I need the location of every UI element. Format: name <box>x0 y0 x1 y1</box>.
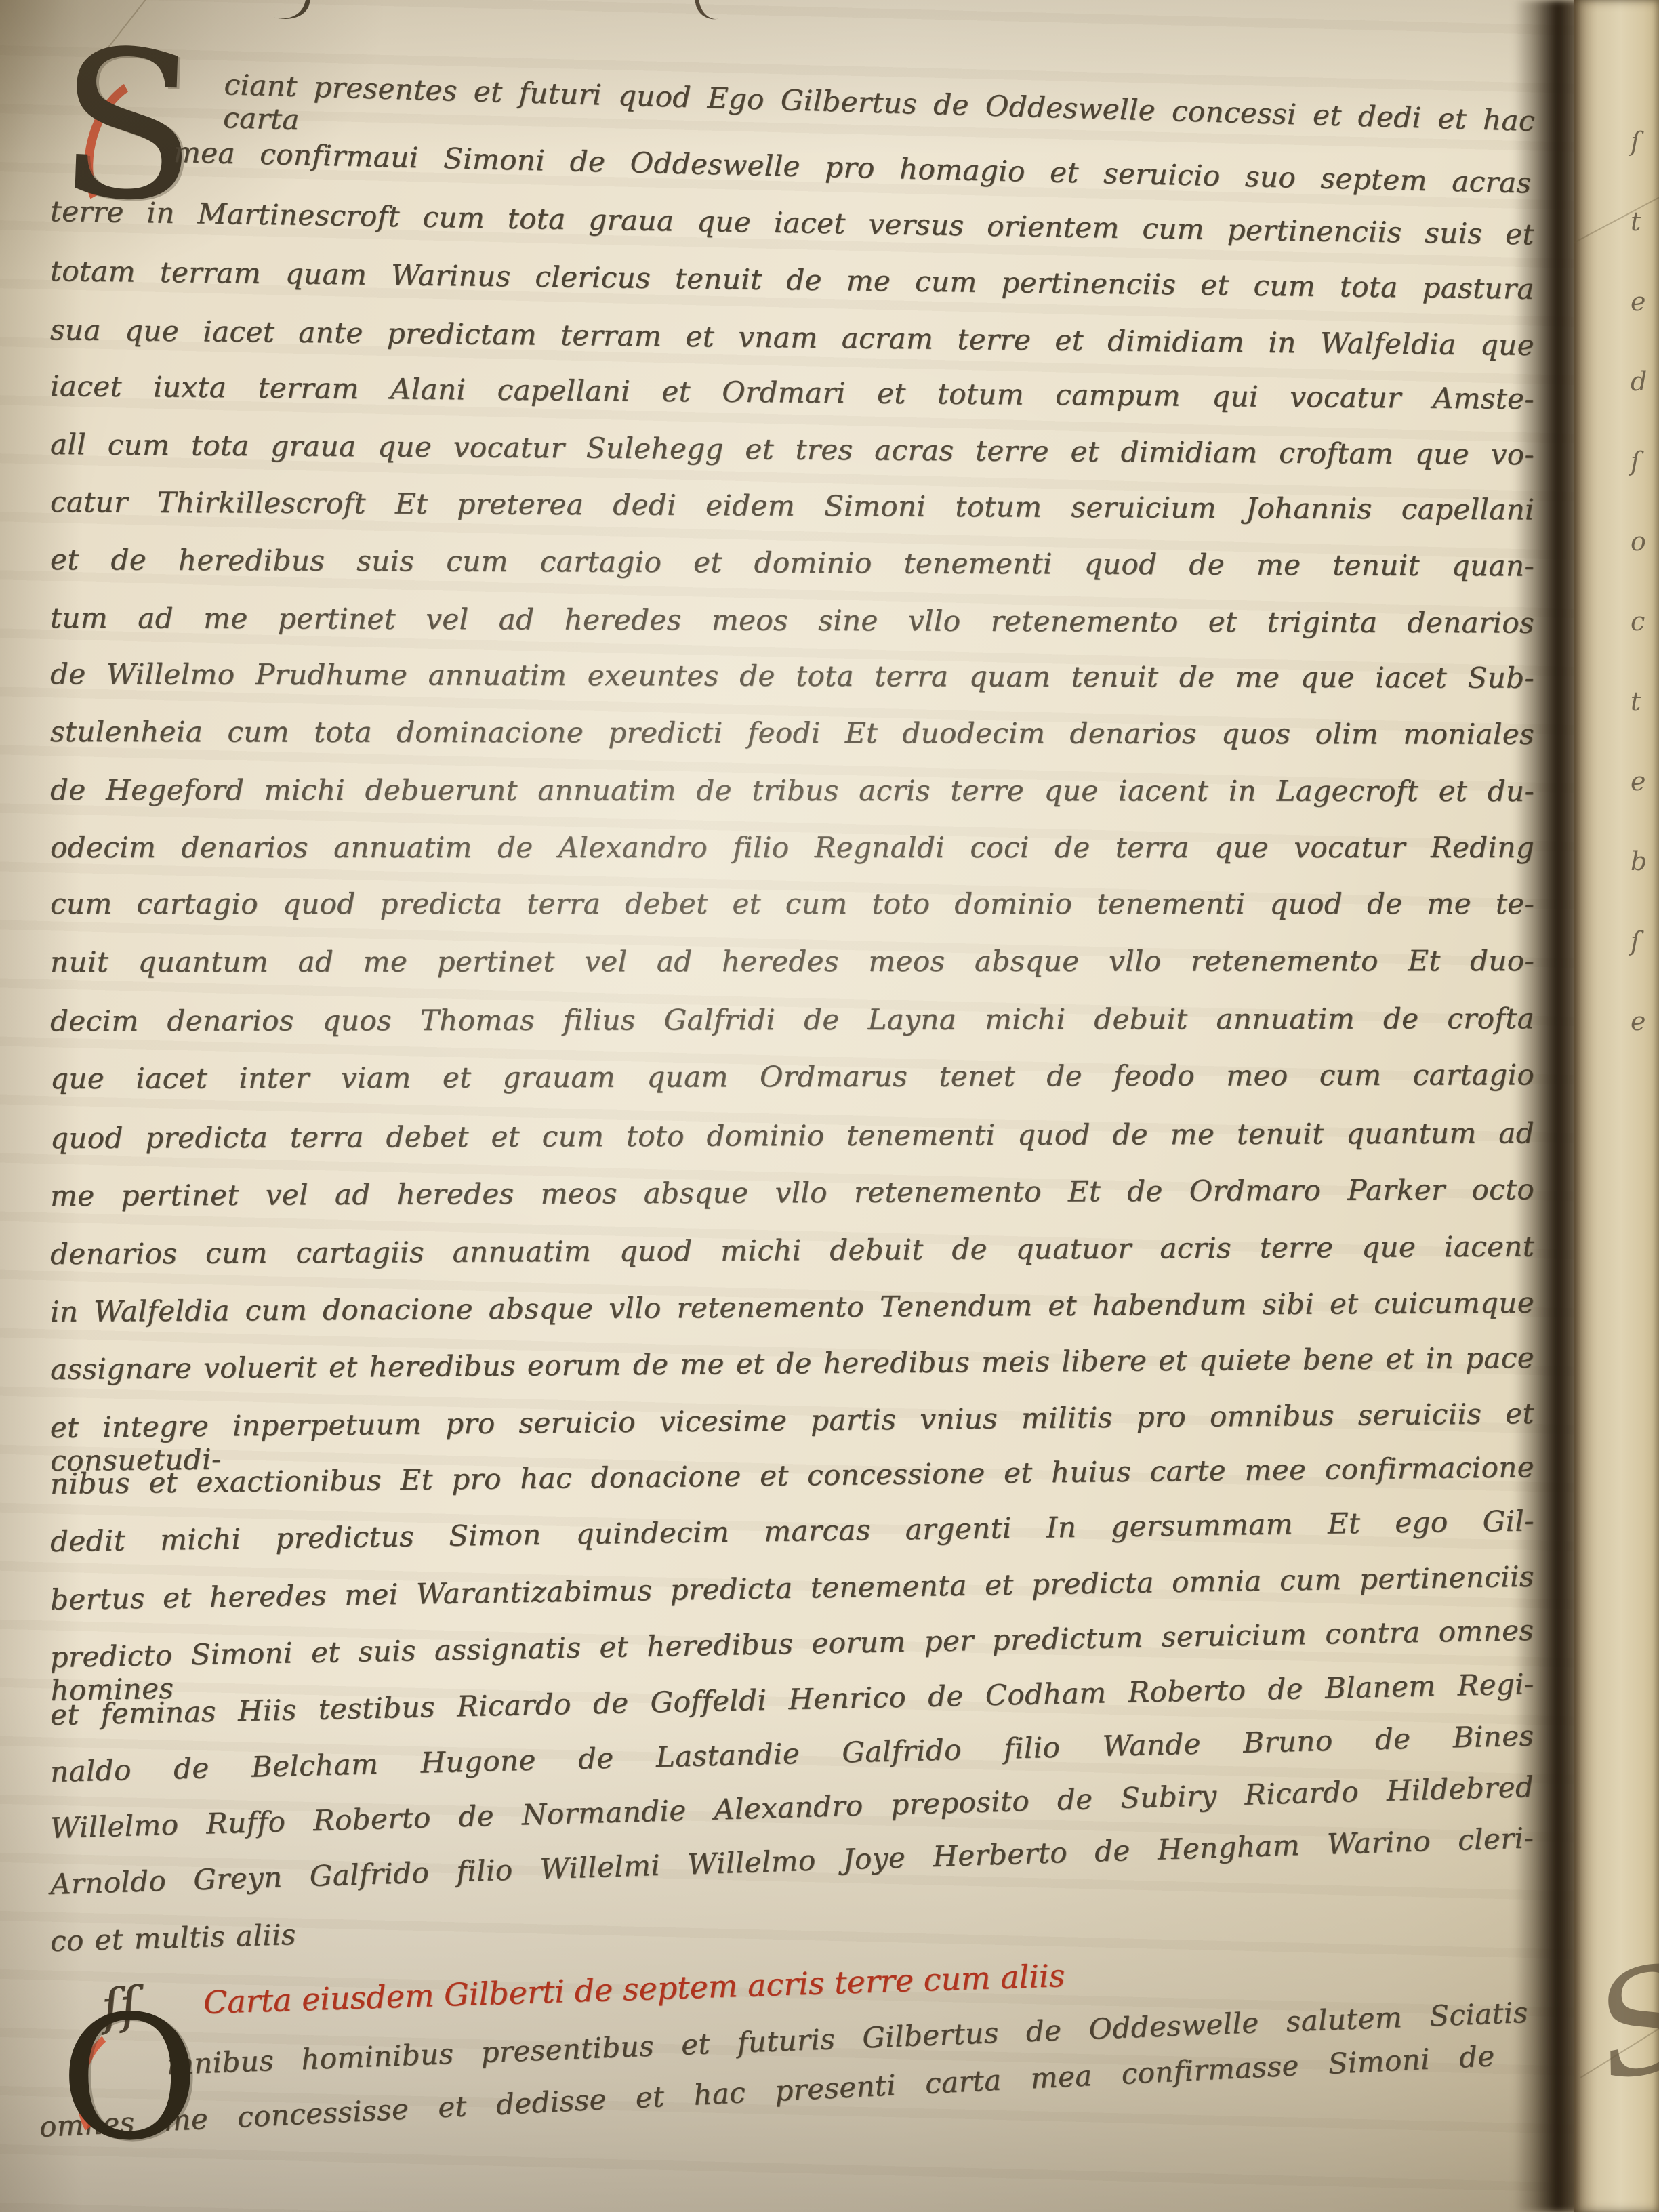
text-line: denarios cum cartagiis annuatim quod mic… <box>50 1230 1534 1271</box>
text-line: odecim denarios annuatim de Alexandro fi… <box>50 831 1534 864</box>
text-line: que iacet inter viam et grauam quam Ordm… <box>50 1058 1534 1095</box>
initial-letter: O <box>60 1998 200 2160</box>
text-line: all cum tota graua que vocatur Sulehegg … <box>50 428 1534 471</box>
text-line: catur Thirkillescroft Et preterea dedi e… <box>50 485 1534 526</box>
text-line: co et multis aliis <box>49 1918 296 1958</box>
text-line: totam terram quam Warinus clericus tenui… <box>50 254 1534 306</box>
text-line: dedit michi predictus Simon quindecim ma… <box>50 1504 1534 1558</box>
manuscript-photo: S ciant presentes et futuri quod Ego Gil… <box>0 0 1659 2212</box>
text-line: cum cartagio quod predicta terra debet e… <box>50 887 1534 920</box>
text-line: de Willelmo Prudhume annuatim exeuntes d… <box>50 657 1534 695</box>
decorated-initial-o: O <box>60 1998 200 2160</box>
cropped-descender-mark <box>694 0 726 23</box>
cropped-descender-mark <box>261 0 312 26</box>
text-line: me pertinet vel ad heredes meos absque v… <box>50 1172 1534 1212</box>
text-line: decim denarios quos Thomas filius Galfri… <box>50 1002 1534 1038</box>
next-folio-edge: ſ t e d ſ o c t e b ſ e S <box>1574 0 1659 2212</box>
text-line: quod predicta terra debet et cum toto do… <box>50 1116 1534 1155</box>
text-line: tum ad me pertinet vel ad heredes meos s… <box>50 601 1534 640</box>
text-line: et de heredibus suis cum cartagio et dom… <box>50 543 1534 583</box>
text-line: bertus et heredes mei Warantizabimus pre… <box>50 1560 1534 1616</box>
text-line: de Hegeford michi debuerunt annuatim de … <box>50 773 1534 808</box>
text-line: assignare voluerit et heredibus eorum de… <box>50 1341 1534 1386</box>
text-line: stulenheia cum tota dominacione predicti… <box>50 715 1534 751</box>
text-line: terre in Martinescroft cum tota graua qu… <box>50 194 1534 251</box>
text-line: nuit quantum ad me pertinet vel ad hered… <box>50 944 1534 979</box>
margin-squiggle-mark: S <box>1583 1943 1659 2102</box>
text-line: iacet iuxta terram Alani capellani et Or… <box>50 369 1534 415</box>
text-line: sua que iacet ante predictam terram et v… <box>50 313 1534 362</box>
edge-letter-fragments: ſ t e d ſ o c t e b ſ e <box>1631 102 1659 1061</box>
rubric-heading: Carta eiusdem Gilberti de septem acris t… <box>203 1957 1065 2021</box>
text-line: in Walfeldia cum donacione absque vllo r… <box>50 1286 1534 1328</box>
